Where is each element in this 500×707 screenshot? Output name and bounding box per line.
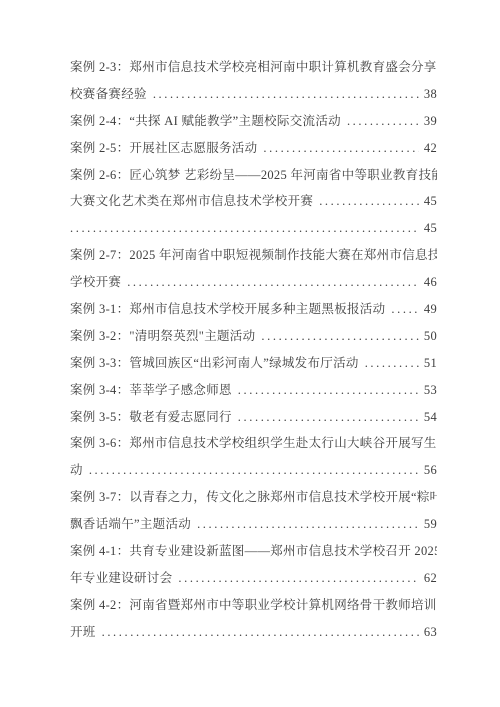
toc-line: 动.......................................…: [70, 457, 437, 484]
toc-entry-text: 案例 3-5：敬老有爱志愿同行: [70, 404, 232, 431]
toc-page-number: 56: [424, 457, 437, 484]
toc-leader-dots: ........................................…: [365, 350, 419, 377]
toc-entry-text: 案例 3-3：管城回族区“出彩河南人”绿城发布厅活动: [70, 350, 359, 377]
toc-line: 案例 2-7：2025 年河南省中职短视频制作技能大赛在郑州市信息技术: [70, 242, 437, 269]
toc-page-number: 45: [424, 215, 437, 242]
toc-leader-dots: ........................................…: [127, 269, 419, 296]
toc-line: 案例 2-4：“共探 AI 赋能教学”主题校际交流活动.............…: [70, 108, 437, 135]
toc-page-number: 62: [424, 565, 437, 592]
toc-leader-dots: ........................................…: [391, 296, 419, 323]
toc-page-number: 63: [424, 619, 437, 646]
toc-line: 案例 3-5：敬老有爱志愿同行.........................…: [70, 404, 437, 431]
toc-entry-text: 案例 2-6：匠心筑梦 艺彩纷呈——2025 年河南省中等职业教育技能: [70, 162, 437, 189]
toc-entry-text: 案例 4-1：共育专业建设新蓝图——郑州市信息技术学校召开 2025: [70, 538, 437, 565]
toc-line: 飘香话端午”主题活动..............................…: [70, 511, 437, 538]
toc-page-number: 50: [424, 323, 437, 350]
toc-line: 案例 3-4：莘莘学子感念师恩.........................…: [70, 377, 437, 404]
toc-leader-dots: ........................................…: [178, 565, 418, 592]
toc-entry-text: 案例 3-7：以青春之力，传文化之脉郑州市信息技术学校开展“粽叶: [70, 484, 437, 511]
toc-page-number: 51: [424, 350, 437, 377]
toc-entry-text: 飘香话端午”主题活动: [70, 511, 191, 538]
toc-entry-text: 案例 2-3：郑州市信息技术学校亮相河南中职计算机教育盛会分享世: [70, 54, 437, 81]
toc-entry-text: 年专业建设研讨会: [70, 565, 172, 592]
toc-entry-text: 案例 4-2：河南省暨郑州市中等职业学校计算机网络骨干教师培训班: [70, 592, 437, 619]
toc-entry-text: 案例 3-6：郑州市信息技术学校组织学生赴太行山大峡谷开展写生活: [70, 430, 437, 457]
toc-entry-text: 案例 3-1：郑州市信息技术学校开展多种主题黑板报活动: [70, 296, 385, 323]
toc-line: 案例 4-2：河南省暨郑州市中等职业学校计算机网络骨干教师培训班: [70, 592, 437, 619]
toc-entry-text: 学校开赛: [70, 269, 121, 296]
toc-leader-dots: ........................................…: [89, 457, 419, 484]
toc-leader-dots: ........................................…: [263, 135, 419, 162]
toc-page-number: 54: [424, 404, 437, 431]
toc-page-number: 46: [424, 269, 437, 296]
toc-leader-dots: ........................................…: [319, 188, 419, 215]
toc-line: 案例 2-5：开展社区志愿服务活动.......................…: [70, 135, 437, 162]
toc-line: 年专业建设研讨会................................…: [70, 565, 437, 592]
toc-line: 案例 4-1：共育专业建设新蓝图——郑州市信息技术学校召开 2025: [70, 538, 437, 565]
toc-line: 学校开赛....................................…: [70, 269, 437, 296]
toc-leader-dots: ........................................…: [153, 81, 419, 108]
toc-line: 案例 3-3：管城回族区“出彩河南人”绿城发布厅活动..............…: [70, 350, 437, 377]
toc-list: 案例 2-3：郑州市信息技术学校亮相河南中职计算机教育盛会分享世校赛备赛经验..…: [70, 54, 437, 646]
toc-line: 大赛文化艺术类在郑州市信息技术学校开赛.....................…: [70, 188, 437, 215]
toc-leader-dots: ........................................…: [70, 215, 419, 242]
toc-leader-dots: ........................................…: [197, 511, 419, 538]
toc-leader-dots: ........................................…: [102, 619, 419, 646]
toc-leader-dots: ........................................…: [238, 377, 419, 404]
toc-page-number: 53: [424, 377, 437, 404]
toc-leader-dots: ........................................…: [347, 108, 419, 135]
toc-entry-text: 案例 2-5：开展社区志愿服务活动: [70, 135, 257, 162]
toc-entry-text: 校赛备赛经验: [70, 81, 147, 108]
toc-line: 开班......................................…: [70, 619, 437, 646]
toc-entry-text: 案例 3-2："清明祭英烈"主题活动: [70, 323, 255, 350]
toc-page-number: 45: [424, 188, 437, 215]
toc-entry-text: 大赛文化艺术类在郑州市信息技术学校开赛: [70, 188, 313, 215]
toc-entry-text: 开班: [70, 619, 96, 646]
toc-page-number: 59: [424, 511, 437, 538]
toc-entry-text: 案例 2-4：“共探 AI 赋能教学”主题校际交流活动: [70, 108, 341, 135]
toc-entry-text: 动: [70, 457, 83, 484]
toc-line: 案例 2-3：郑州市信息技术学校亮相河南中职计算机教育盛会分享世: [70, 54, 437, 81]
toc-page-number: 49: [424, 296, 437, 323]
toc-entry-text: 案例 3-4：莘莘学子感念师恩: [70, 377, 232, 404]
toc-line: 案例 3-7：以青春之力，传文化之脉郑州市信息技术学校开展“粽叶: [70, 484, 437, 511]
document-page: 案例 2-3：郑州市信息技术学校亮相河南中职计算机教育盛会分享世校赛备赛经验..…: [0, 0, 500, 707]
toc-leader-dots: ........................................…: [238, 404, 419, 431]
toc-page-number: 42: [424, 135, 437, 162]
toc-line: 校赛备赛经验..................................…: [70, 81, 437, 108]
toc-line: 案例 2-6：匠心筑梦 艺彩纷呈——2025 年河南省中等职业教育技能: [70, 162, 437, 189]
toc-page-number: 39: [424, 108, 437, 135]
toc-page-number: 38: [424, 81, 437, 108]
toc-line: 案例 3-6：郑州市信息技术学校组织学生赴太行山大峡谷开展写生活: [70, 430, 437, 457]
toc-entry-text: 案例 2-7：2025 年河南省中职短视频制作技能大赛在郑州市信息技术: [70, 242, 437, 269]
toc-line: 案例 3-1：郑州市信息技术学校开展多种主题黑板报活动.............…: [70, 296, 437, 323]
toc-leader-dots: ........................................…: [261, 323, 418, 350]
toc-line: 案例 3-2："清明祭英烈"主题活动......................…: [70, 323, 437, 350]
toc-line: ........................................…: [70, 215, 437, 242]
